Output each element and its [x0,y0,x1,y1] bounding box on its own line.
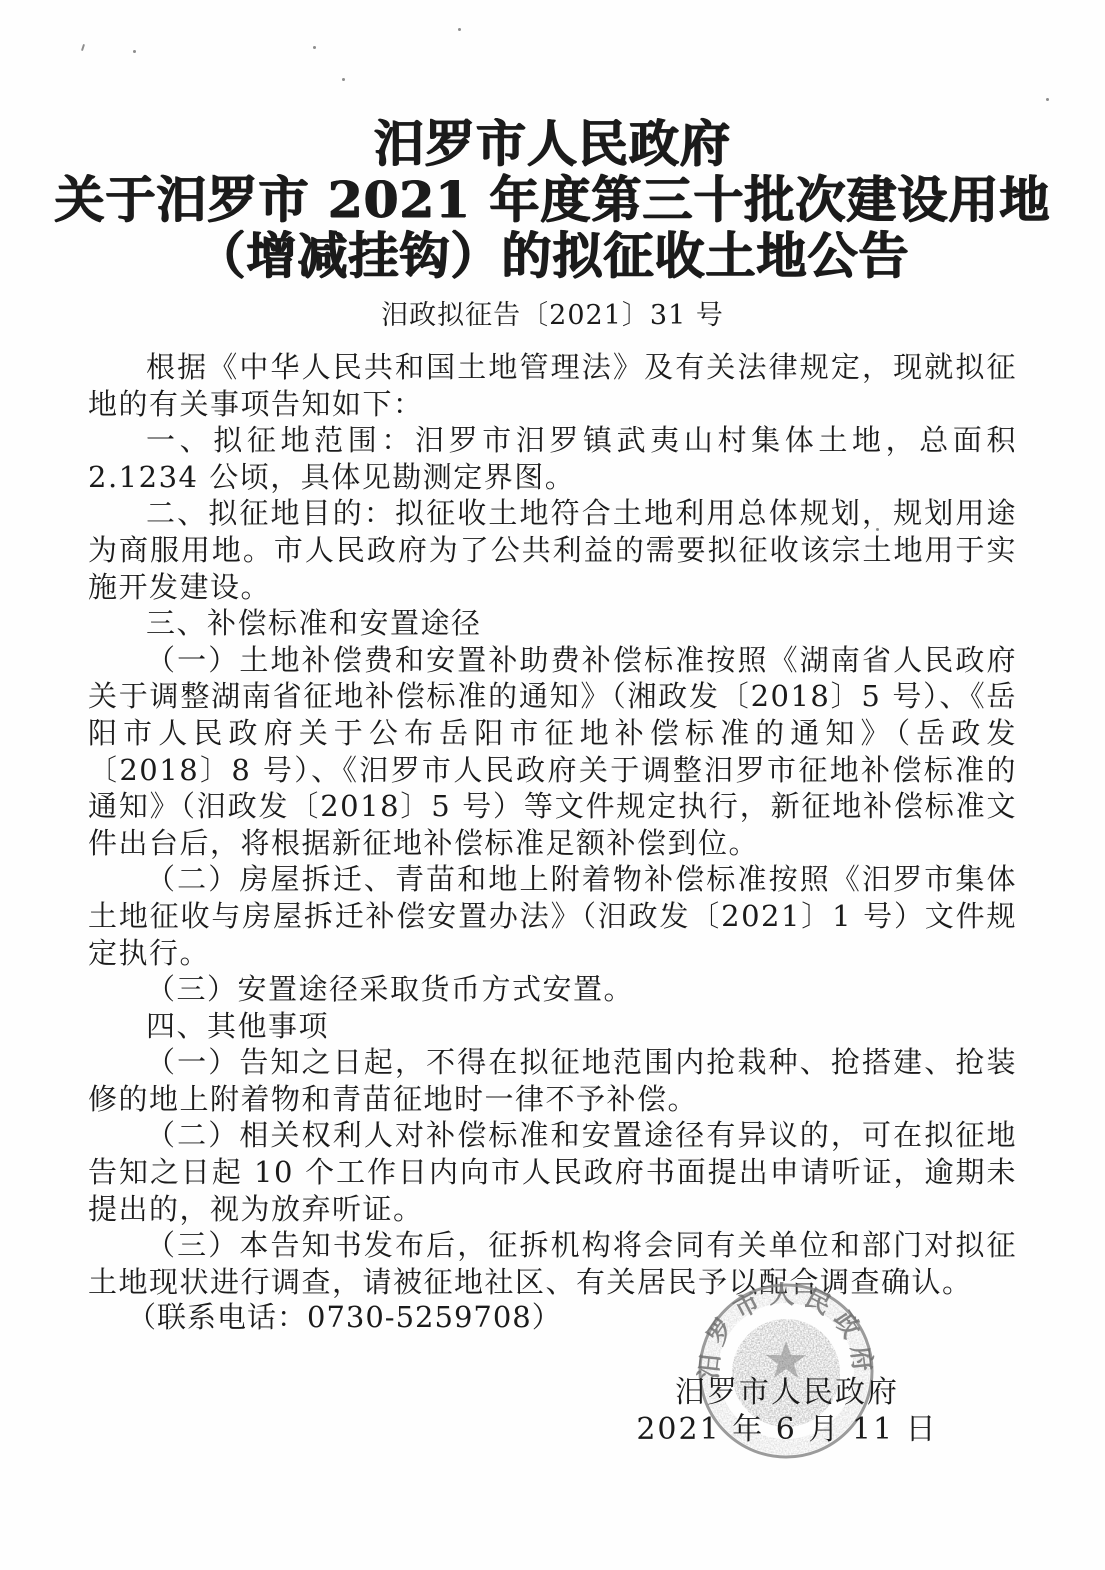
signature-issuer: 汨罗市人民政府 [587,1374,987,1411]
paragraph-scope: 一、拟征地范围：汨罗市汨罗镇武夷山村集体土地，总面积 2.1234 公顷，具体见… [88,422,1017,495]
scan-speckle [313,46,316,49]
document-number: 汨政拟征告〔2021〕31 号 [0,293,1105,332]
document-page: 汨罗市人民政府 关于汨罗市 2021 年度第三十批次建设用地 （增减挂钩）的拟征… [0,0,1105,1570]
paragraph-purpose: 二、拟征地目的：拟征收土地符合土地利用总体规划，规划用途为商服用地。市人民政府为… [88,495,1017,605]
paragraph-other-heading: 四、其他事项 [88,1008,1017,1045]
contact-phone-line: （联系电话：0730-5259708） [127,1295,562,1336]
signature-block: 汨罗市人民政府 2021 年 6 月 11 日 [587,1374,987,1448]
paragraph-resettlement: （三）安置途径采取货币方式安置。 [88,971,1017,1008]
paragraph-intro: 根据《中华人民共和国土地管理法》及有关法律规定，现就拟征地的有关事项告知如下： [88,349,1017,422]
paragraph-no-rush-planting: （一）告知之日起，不得在拟征地范围内抢栽种、抢搭建、抢装修的地上附着物和青苗征地… [88,1044,1017,1117]
paragraph-house-compensation: （二）房屋拆迁、青苗和地上附着物补偿标准按照《汨罗市集体土地征收与房屋拆迁补偿安… [88,861,1017,971]
document-header: 汨罗市人民政府 关于汨罗市 2021 年度第三十批次建设用地 （增减挂钩）的拟征… [0,116,1105,332]
document-title-line-2: 关于汨罗市 2021 年度第三十批次建设用地 [0,172,1105,228]
scan-speckle [133,50,136,53]
document-title-line-1: 汨罗市人民政府 [0,116,1105,172]
signature-date: 2021 年 6 月 11 日 [587,1411,987,1448]
scan-speckle [81,44,85,51]
scan-speckle [1046,98,1049,101]
document-title-line-3: （增减挂钩）的拟征收土地公告 [0,228,1105,284]
scan-speckle [342,78,345,81]
paragraph-hearing-rights: （二）相关权利人对补偿标准和安置途径有异议的，可在拟征地告知之日起 10 个工作… [88,1117,1017,1227]
paragraph-compensation-heading: 三、补偿标准和安置途径 [88,605,1017,642]
document-body: 根据《中华人民共和国土地管理法》及有关法律规定，现就拟征地的有关事项告知如下： … [88,349,1017,1300]
paragraph-compensation-standard: （一）土地补偿费和安置补助费补偿标准按照《湖南省人民政府关于调整湖南省征地补偿标… [88,642,1017,862]
scan-speckle [458,28,461,31]
